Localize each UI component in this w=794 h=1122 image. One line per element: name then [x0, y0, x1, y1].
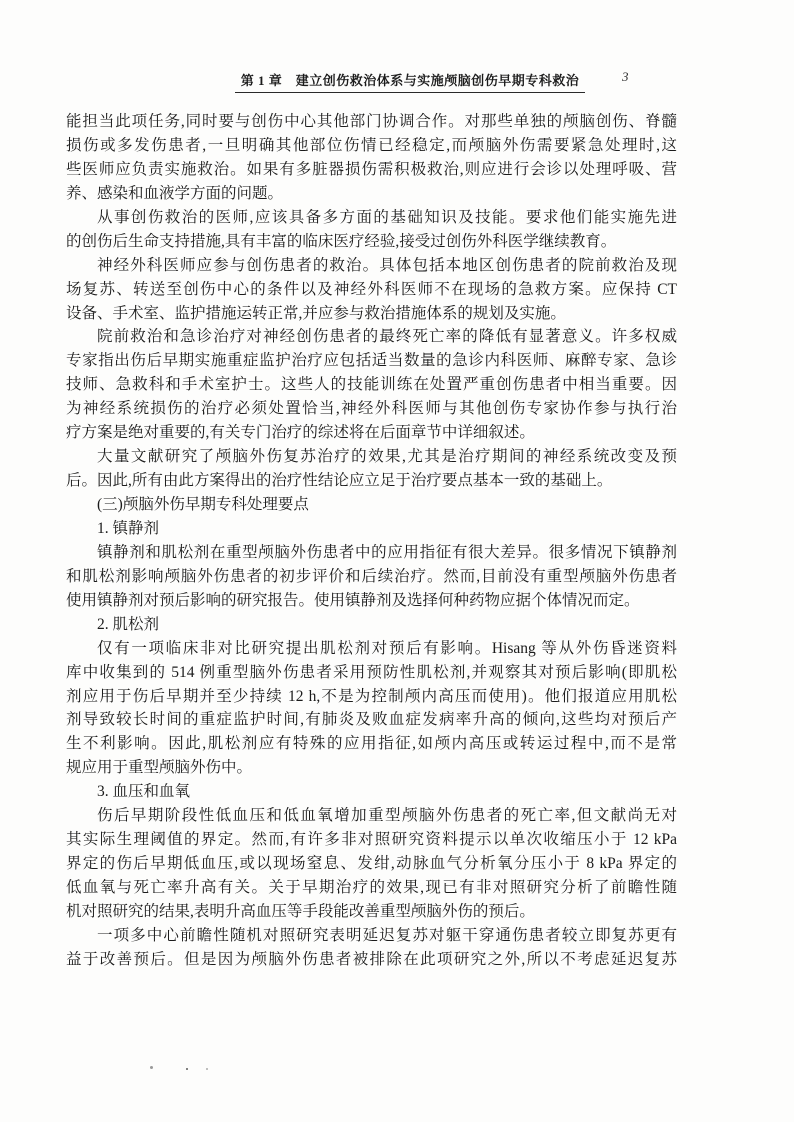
text-line: 其实际生理阈值的界定。然而,有许多非对照研究资料提示以单次收缩压小于 12 kP… [66, 828, 677, 852]
text-line: 些医师应负责实施救治。如果有多脏器损伤需积极救治,则应进行会诊以处理呼吸、营 [66, 158, 677, 182]
section-heading-line: 2. 肌松剂 [66, 613, 677, 637]
running-header: 第 1 章 建立创伤救治体系与实施颅脑创伤早期专科救治 [0, 70, 794, 93]
section-heading-line: (三)颅脑外伤早期专科处理要点 [66, 493, 677, 517]
text-line: 养、感染和血液学方面的问题。 [66, 182, 677, 206]
text-line: 镇静剂和肌松剂在重型颅脑外伤患者中的应用指征有很大差异。很多情况下镇静剂 [66, 541, 677, 565]
text-line: 疗方案是绝对重要的,有关专门治疗的综述将在后面章节中详细叙述。 [66, 421, 677, 445]
scanned-book-page: 第 1 章 建立创伤救治体系与实施颅脑创伤早期专科救治 3 能担当此项任务,同时… [0, 0, 794, 1122]
text-line: 伤后早期阶段性低血压和低血氧增加重型颅脑外伤患者的死亡率,但文献尚无对 [66, 804, 677, 828]
text-line: 仅有一项临床非对比研究提出肌松剂对预后有影响。Hisang 等从外伤昏迷资料 [66, 637, 677, 661]
text-line: 专家指出伤后早期实施重症监护治疗应包括适当数量的急诊内科医师、麻醉专家、急诊 [66, 349, 677, 373]
text-line: 剂导致较长时间的重症监护时间,有肺炎及败血症发病率升高的倾向,这些均对预后产 [66, 708, 677, 732]
text-line: 生不利影响。因此,肌松剂应有特殊的应用指征,如颅内高压或转运过程中,而不是常 [66, 732, 677, 756]
text-line: 规应用于重型颅脑外伤中。 [66, 756, 677, 780]
text-line: 场复苏、转送至创伤中心的条件以及神经外科医师不在现场的急救方案。应保持 CT [66, 278, 677, 302]
text-line: 为神经系统损伤的治疗必须处置恰当,神经外科医师与其他创伤专家协作参与执行治 [66, 397, 677, 421]
text-line: 一项多中心前瞻性随机对照研究表明延迟复苏对躯干穿通伤患者较立即复苏更有 [66, 924, 677, 948]
section-heading-line: 1. 镇静剂 [66, 517, 677, 541]
text-line: 技师、急救科和手术室护士。这些人的技能训练在处置严重创伤患者中相当重要。因 [66, 373, 677, 397]
text-line: 界定的伤后早期低血压,或以现场窒息、发绀,动脉血气分析氧分压小于 8 kPa 界… [66, 852, 677, 876]
text-line: 从事创伤救治的医师,应该具备多方面的基础知识及技能。要求他们能实施先进 [66, 206, 677, 230]
text-line: 益于改善预后。但是因为颅脑外伤患者被排除在此项研究之外,所以不考虑延迟复苏 [66, 948, 677, 972]
text-line: 能担当此项任务,同时要与创伤中心其他部门协调合作。对那些单独的颅脑创伤、脊髓 [66, 110, 677, 134]
text-line: 剂应用于伤后早期并至少持续 12 h,不是为控制颅内高压而使用)。他们报道应用肌… [66, 685, 677, 709]
text-line: 神经外科医师应参与创伤患者的救治。具体包括本地区创伤患者的院前救治及现 [66, 254, 677, 278]
text-line: 低血氧与死亡率升高有关。关于早期治疗的效果,现已有非对照研究分析了前瞻性随 [66, 876, 677, 900]
text-line: 院前救治和急诊治疗对神经创伤患者的最终死亡率的降低有显著意义。许多权威 [66, 325, 677, 349]
text-line: 使用镇静剂对预后影响的研究报告。使用镇静剂及选择何种药物应据个体情况而定。 [66, 589, 677, 613]
text-line: 大量文献研究了颅脑外伤复苏治疗的效果,尤其是治疗期间的神经系统改变及预 [66, 445, 677, 469]
text-line: 机对照研究的结果,表明升高血压等手段能改善重型颅脑外伤的预后。 [66, 900, 677, 924]
section-heading-line: 3. 血压和血氧 [66, 780, 677, 804]
text-line: 损伤或多发伤患者,一旦明确其他部位伤情已经稳定,而颅脑外伤需要紧急处理时,这 [66, 134, 677, 158]
page-number: 3 [622, 69, 629, 85]
scan-speck [150, 1066, 153, 1069]
scan-speck [186, 1068, 188, 1070]
body-text: 能担当此项任务,同时要与创伤中心其他部门协调合作。对那些单独的颅脑创伤、脊髓损伤… [66, 110, 677, 972]
scan-speck [206, 1068, 208, 1070]
chapter-title: 第 1 章 建立创伤救治体系与实施颅脑创伤早期专科救治 [235, 70, 586, 93]
text-line: 设备、手术室、监护措施运转正常,并应参与救治措施体系的规划及实施。 [66, 302, 677, 326]
text-line: 和肌松剂影响颅脑外伤患者的初步评价和后续治疗。然而,目前没有重型颅脑外伤患者 [66, 565, 677, 589]
text-line: 的创伤后生命支持措施,具有丰富的临床医疗经验,接受过创伤外科医学继续教育。 [66, 230, 677, 254]
text-line: 后。因此,所有由此方案得出的治疗性结论应立足于治疗要点基本一致的基础上。 [66, 469, 677, 493]
text-line: 库中收集到的 514 例重型脑外伤患者采用预防性肌松剂,并观察其对预后影响(即肌… [66, 661, 677, 685]
